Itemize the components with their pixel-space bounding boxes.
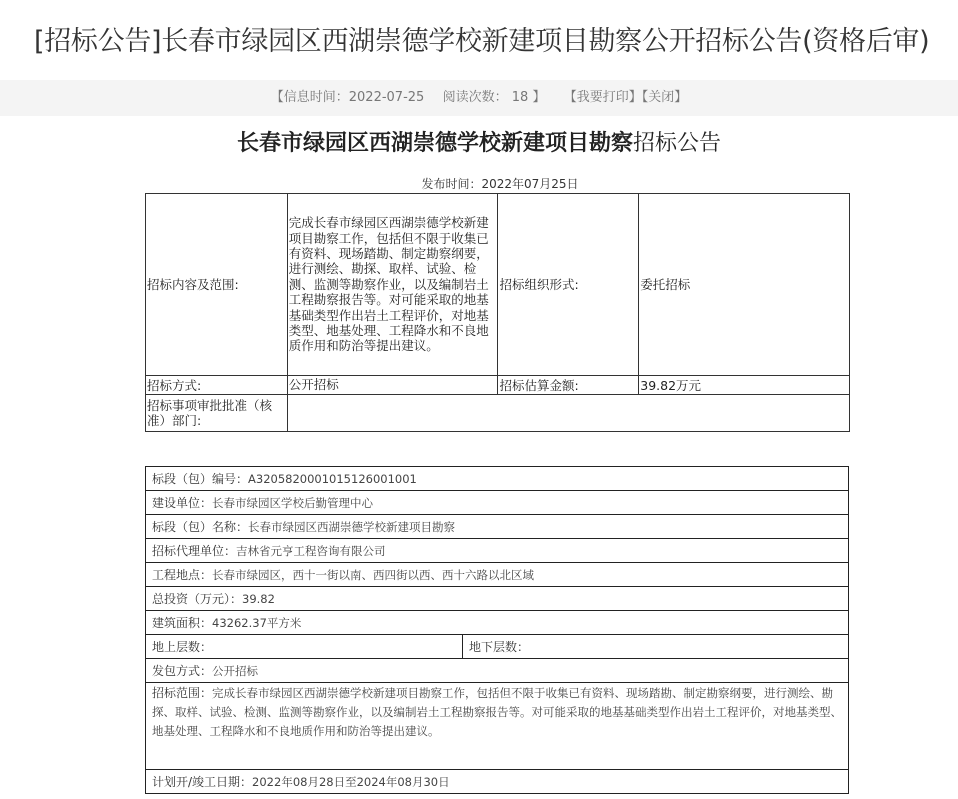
close-link[interactable]: 【关闭】 xyxy=(642,90,688,105)
table-row: 地上层数： 地下层数： xyxy=(146,635,849,659)
floors-above-label: 地上层数： xyxy=(152,640,212,654)
location-label: 工程地点： xyxy=(152,568,212,582)
area-value: 43262.37平方米 xyxy=(212,616,301,630)
publish-time: 发布时间：2022年07月25日 xyxy=(0,176,958,192)
table-row: 计划开/竣工日期：2022年08月28日至2024年08月30日 xyxy=(146,770,849,794)
investment-value: 39.82 xyxy=(242,592,275,606)
value-approval-department xyxy=(287,395,849,432)
area-label: 建筑面积： xyxy=(152,616,212,630)
value-bidding-method: 公开招标 xyxy=(287,376,498,395)
table-row: 建筑面积：43262.37平方米 xyxy=(146,611,849,635)
label-approval-department: 招标事项审批批准（核准）部门: xyxy=(146,395,288,432)
read-count-value: 18 xyxy=(512,80,529,116)
section-code-cell: 标段（包）编号：A3205820001015126001001 xyxy=(146,467,849,491)
investment-label: 总投资（万元）： xyxy=(152,592,242,606)
page-title: [招标公告]长春市绿园区西湖崇德学校新建项目勘察公开招标公告(资格后审) xyxy=(34,22,958,62)
contract-mode-label: 发包方式： xyxy=(152,664,212,678)
schedule-label: 计划开/竣工日期： xyxy=(152,775,252,789)
table-row: 招标内容及范围: 完成长春市绿园区西湖崇德学校新建项目勘察工作，包括但不限于收集… xyxy=(146,194,850,376)
label-estimated-amount: 招标估算金额: xyxy=(498,376,639,395)
schedule-value: 2022年08月28日至2024年08月30日 xyxy=(252,775,450,789)
builder-cell: 建设单位：长春市绿园区学校后勤管理中心 xyxy=(146,491,849,515)
table-row: 标段（包）编号：A3205820001015126001001 xyxy=(146,467,849,491)
contract-mode-cell: 发包方式：公开招标 xyxy=(146,659,849,683)
value-organization-form: 委托招标 xyxy=(639,194,850,376)
document-title: 长春市绿园区西湖崇德学校新建项目勘察招标公告 xyxy=(0,128,958,160)
builder-value: 长春市绿园区学校后勤管理中心 xyxy=(212,496,373,510)
floors-above-cell: 地上层数： xyxy=(146,635,463,659)
scope-label: 招标范围： xyxy=(152,686,212,700)
table-row: 标段（包）名称：长春市绿园区西湖崇德学校新建项目勘察 xyxy=(146,515,849,539)
investment-cell: 总投资（万元）：39.82 xyxy=(146,587,849,611)
agent-cell: 招标代理单位：吉林省元亨工程咨询有限公司 xyxy=(146,539,849,563)
floors-below-cell: 地下层数： xyxy=(463,635,849,659)
table-row: 工程地点：长春市绿园区，西十一街以南、西四街以西、西十六路以北区域 xyxy=(146,563,849,587)
agent-label: 招标代理单位： xyxy=(152,544,236,558)
summary-table: 招标内容及范围: 完成长春市绿园区西湖崇德学校新建项目勘察工作，包括但不限于收集… xyxy=(145,193,850,432)
read-count-label: 阅读次数： xyxy=(443,80,508,116)
section-name-value: 长春市绿园区西湖崇德学校新建项目勘察 xyxy=(248,520,455,534)
builder-label: 建设单位： xyxy=(152,496,212,510)
contract-mode-value: 公开招标 xyxy=(212,664,258,678)
section-code-label: 标段（包）编号： xyxy=(152,472,248,486)
schedule-cell: 计划开/竣工日期：2022年08月28日至2024年08月30日 xyxy=(146,770,849,794)
detail-table: 标段（包）编号：A3205820001015126001001 建设单位：长春市… xyxy=(145,466,849,794)
table-row: 招标事项审批批准（核准）部门: xyxy=(146,395,850,432)
document-title-bold: 长春市绿园区西湖崇德学校新建项目勘察 xyxy=(237,131,633,156)
table-row: 招标范围：完成长春市绿园区西湖崇德学校新建项目勘察工作，包括但不限于收集已有资料… xyxy=(146,683,849,770)
table-row: 发包方式：公开招标 xyxy=(146,659,849,683)
section-code-value: A3205820001015126001001 xyxy=(248,472,417,486)
document-title-suffix: 招标公告 xyxy=(633,131,721,156)
scope-value: 完成长春市绿园区西湖崇德学校新建项目勘察工作，包括但不限于收集已有资料、现场踏勘… xyxy=(152,686,842,738)
scope-cell: 招标范围：完成长春市绿园区西湖崇德学校新建项目勘察工作，包括但不限于收集已有资料… xyxy=(146,683,849,770)
info-close-bracket: 】 xyxy=(532,80,545,116)
table-row: 招标方式: 公开招标 招标估算金额: 39.82万元 xyxy=(146,376,850,395)
label-organization-form: 招标组织形式: xyxy=(498,194,639,376)
label-bidding-method: 招标方式: xyxy=(146,376,288,395)
area-cell: 建筑面积：43262.37平方米 xyxy=(146,611,849,635)
floors-below-label: 地下层数： xyxy=(469,640,529,654)
section-name-cell: 标段（包）名称：长春市绿园区西湖崇德学校新建项目勘察 xyxy=(146,515,849,539)
value-estimated-amount: 39.82万元 xyxy=(639,376,850,395)
section-name-label: 标段（包）名称： xyxy=(152,520,248,534)
table-row: 建设单位：长春市绿园区学校后勤管理中心 xyxy=(146,491,849,515)
agent-value: 吉林省元亨工程咨询有限公司 xyxy=(236,544,386,558)
location-value: 长春市绿园区，西十一街以南、西四街以西、西十六路以北区域 xyxy=(212,568,534,582)
value-bidding-scope: 完成长春市绿园区西湖崇德学校新建项目勘察工作，包括但不限于收集已有资料、现场踏勘… xyxy=(287,194,498,376)
label-bidding-scope: 招标内容及范围: xyxy=(146,194,288,376)
table-row: 招标代理单位：吉林省元亨工程咨询有限公司 xyxy=(146,539,849,563)
location-cell: 工程地点：长春市绿园区，西十一街以南、西四街以西、西十六路以北区域 xyxy=(146,563,849,587)
print-link[interactable]: 【我要打印】 xyxy=(564,90,642,105)
info-bar: 【信息时间：2022-07-25 阅读次数： 18 】 【我要打印】【关闭】 xyxy=(0,80,958,116)
table-row: 总投资（万元）：39.82 xyxy=(146,587,849,611)
info-time-value: 2022-07-25 xyxy=(349,80,425,116)
info-time-label: 【信息时间： xyxy=(271,80,349,116)
